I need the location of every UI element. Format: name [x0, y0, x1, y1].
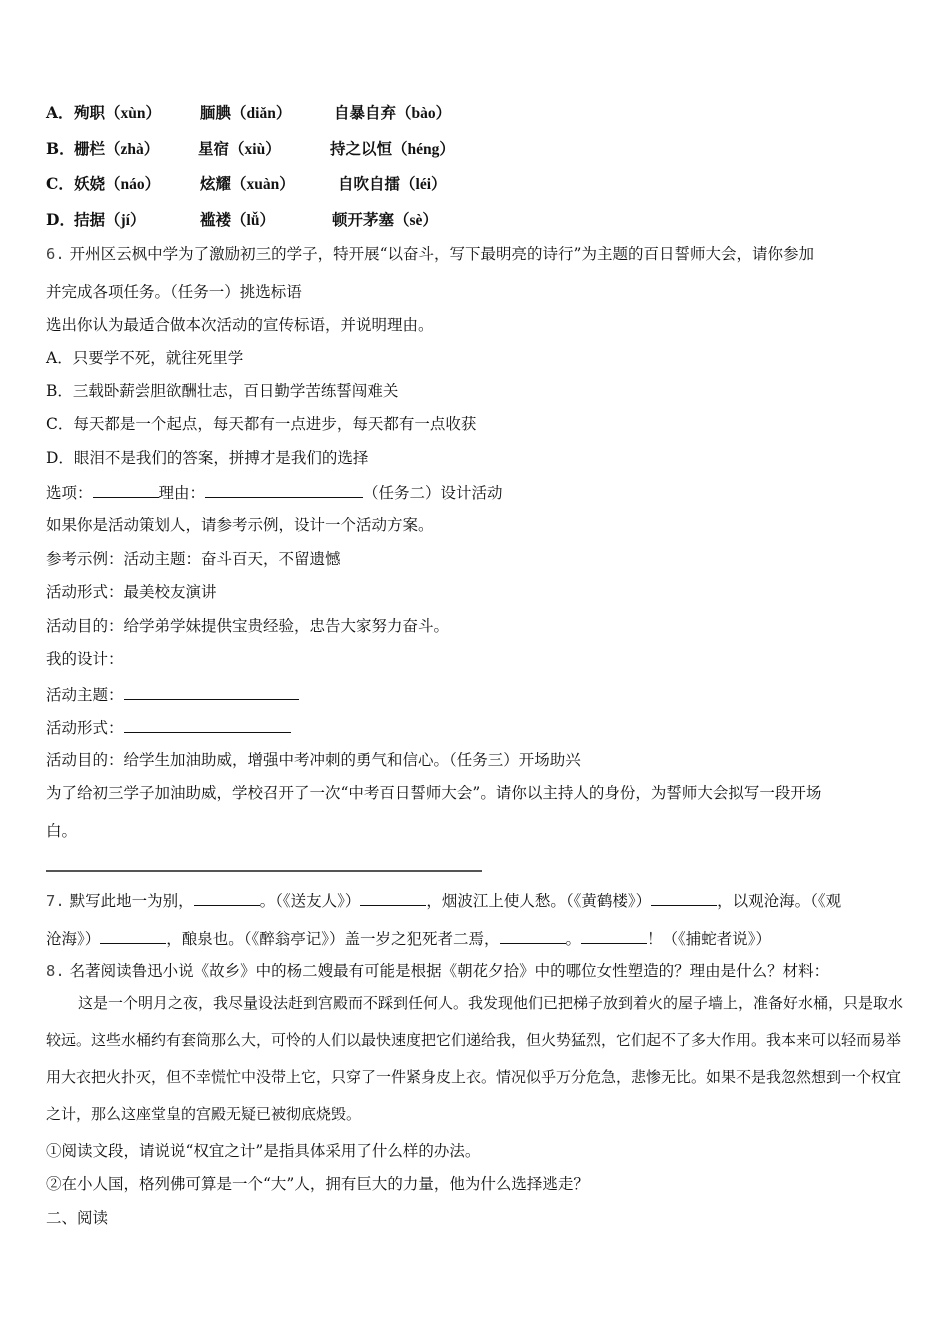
option-item: 炫耀（xuàn） [200, 172, 295, 194]
option-item: 星宿（xiù） [198, 137, 281, 159]
pinyin: （xùn） [105, 105, 161, 122]
my-design-label: 我的设计： [46, 649, 124, 669]
question-number: 6. [46, 245, 65, 263]
option-letter: D． [46, 208, 75, 230]
slogan-a: A．只要学不死，就往死里学 [46, 348, 243, 368]
design-purpose: 活动目的：给学生加油助威，增强中考冲刺的勇气和信心。（任务三）开场助兴 [46, 750, 581, 770]
q7-text: 。（《送友人》） [260, 892, 361, 910]
option-item: 褴褛（lǚ） [200, 208, 275, 230]
q7-blank-1[interactable] [194, 889, 260, 906]
word: 妖娆 [74, 174, 105, 193]
pinyin: （sè） [394, 212, 438, 229]
task2-prompt: 如果你是活动策划人，请参考示例，设计一个活动方案。 [46, 515, 434, 535]
word: 自吹自擂 [338, 174, 400, 193]
q6-intro-line1: 6. 开州区云枫中学为了激励初三的学子，特开展“以奋斗，写下最明亮的诗行”为主题… [46, 244, 814, 264]
word: 拮据 [74, 210, 105, 229]
q7-text: ，烟波江上使人愁。（《黄鹤楼》） [426, 892, 651, 910]
q8-sub1: ①阅读文段，请说说“权宜之计”是指具体采用了什么样的办法。 [46, 1141, 480, 1161]
word: 殉职 [74, 103, 105, 122]
reason-label: 理由： [159, 484, 206, 502]
option-item: 腼腆（diǎn） [200, 101, 291, 123]
example-purpose: 活动目的：给学弟学妹提供宝贵经验，忠告大家努力奋斗。 [46, 616, 449, 636]
q7-blank-6[interactable] [581, 927, 647, 944]
pinyin: （jí） [105, 212, 145, 229]
task3-line2: 白。 [46, 821, 77, 841]
example-form: 活动形式：最美校友演讲 [46, 582, 217, 602]
task3-line1: 为了给初三学子加油助威，学校召开了一次“中考百日誓师大会”。请你以主持人的身份，… [46, 783, 821, 803]
q8-prompt-line: 8. 名著阅读鲁迅小说《故乡》中的杨二嫂最有可能是根据《朝花夕拾》中的哪位女性塑… [46, 961, 829, 981]
q7-text: 沧海》） [46, 930, 100, 948]
word: 褴褛 [200, 210, 231, 229]
pinyin: （zhà） [105, 141, 159, 158]
word: 持之以恒 [330, 139, 392, 158]
question-number: 7. [46, 892, 65, 910]
pinyin: （xuàn） [231, 176, 295, 193]
design-form-line: 活动形式： [46, 716, 291, 738]
pinyin: （lǚ） [231, 212, 275, 229]
task2-title: （任务二）设计活动 [363, 484, 503, 502]
q6-intro-line2: 并完成各项任务。（任务一）挑选标语 [46, 282, 302, 302]
q7-text: 默写此地一为别， [70, 892, 194, 910]
pinyin: （náo） [105, 176, 160, 193]
option-item: 妖娆（náo） [74, 172, 160, 194]
section-heading: 二、阅读 [46, 1208, 108, 1228]
option-label: 选项： [46, 484, 93, 502]
word: 炫耀 [200, 174, 231, 193]
q7-blank-4[interactable] [100, 927, 166, 944]
option-letter: B． [46, 137, 75, 159]
design-theme-blank[interactable] [124, 683, 299, 700]
question-number: 8. [46, 962, 65, 980]
pinyin: （bào） [396, 105, 451, 122]
word: 栅栏 [74, 139, 105, 158]
design-theme-line: 活动主题： [46, 683, 299, 705]
slogan-d: D．眼泪不是我们的答案，拼搏才是我们的选择 [46, 448, 368, 468]
q8-sub2: ②在小人国，格列佛可算是一个“大”人，拥有巨大的力量，他为什么选择逃走？ [46, 1174, 589, 1194]
reason-blank[interactable] [205, 481, 363, 498]
q7-text: ，酿泉也。（《醉翁亭记》）盖一岁之犯死者二焉， [166, 930, 499, 948]
word: 腼腆 [200, 103, 231, 122]
q8-prompt: 名著阅读鲁迅小说《故乡》中的杨二嫂最有可能是根据《朝花夕拾》中的哪位女性塑造的？… [70, 962, 830, 980]
slogan-c: C．每天都是一个起点，每天都有一点进步，每天都有一点收获 [46, 414, 476, 434]
answer-line: 选项：理由：（任务二）设计活动 [46, 481, 503, 503]
q7-text: 。 [566, 930, 582, 948]
pinyin: （diǎn） [231, 105, 291, 122]
q7-blank-2[interactable] [360, 889, 426, 906]
q7-line1: 7. 默写此地一为别，。（《送友人》），烟波江上使人愁。（《黄鹤楼》），以观沧海… [46, 889, 841, 911]
pinyin: （héng） [392, 141, 455, 158]
option-item: 顿开茅塞（sè） [332, 208, 438, 230]
option-item: 自吹自擂（léi） [338, 172, 447, 194]
pinyin: （xiù） [229, 141, 281, 158]
word: 星宿 [198, 139, 229, 158]
q8-material: 这是一个明月之夜，我尽量设法赶到宫殿而不踩到任何人。我发现他们已把梯子放到着火的… [46, 985, 906, 1133]
q7-text: ！（《捕蛇者说》） [647, 930, 771, 948]
word: 顿开茅塞 [332, 210, 394, 229]
task1-prompt: 选出你认为最适合做本次活动的宣传标语，并说明理由。 [46, 315, 434, 335]
option-item: 拮据（jí） [74, 208, 145, 230]
option-item: 殉职（xùn） [74, 101, 161, 123]
q7-blank-3[interactable] [651, 889, 717, 906]
q7-blank-5[interactable] [500, 927, 566, 944]
q7-text: ，以观沧海。（《观 [717, 892, 841, 910]
design-theme-label: 活动主题： [46, 686, 124, 704]
word: 自暴自弃 [334, 103, 396, 122]
option-item: 栅栏（zhà） [74, 137, 159, 159]
pinyin: （léi） [400, 176, 447, 193]
option-letter: C． [46, 172, 74, 194]
slogan-b: B．三载卧薪尝胆欲酬壮志，百日勤学苦练誓闯难关 [46, 381, 398, 401]
option-letter: A． [46, 101, 74, 123]
example-theme: 参考示例：活动主题：奋斗百天，不留遗憾 [46, 549, 341, 569]
answer-rule[interactable] [46, 870, 482, 872]
q7-line2: 沧海》），酿泉也。（《醉翁亭记》）盖一岁之犯死者二焉，。！（《捕蛇者说》） [46, 927, 771, 949]
option-item: 持之以恒（héng） [330, 137, 455, 159]
design-form-blank[interactable] [124, 716, 291, 733]
option-blank[interactable] [93, 481, 159, 498]
design-form-label: 活动形式： [46, 719, 124, 737]
option-item: 自暴自弃（bào） [334, 101, 451, 123]
q6-intro-text: 开州区云枫中学为了激励初三的学子，特开展“以奋斗，写下最明亮的诗行”为主题的百日… [70, 245, 814, 263]
